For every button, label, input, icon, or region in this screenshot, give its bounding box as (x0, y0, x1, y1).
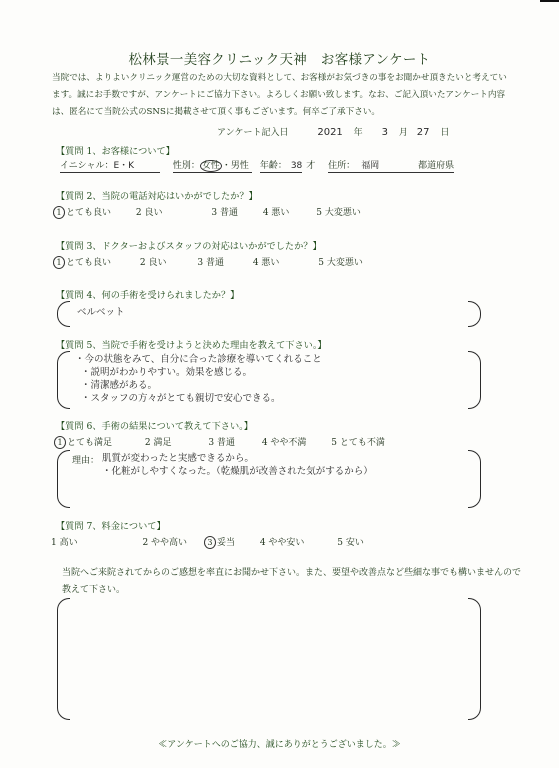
q4-answer: ベルベット (77, 306, 125, 319)
q6-option-4[interactable]: 4 やや不満 (262, 438, 307, 448)
q5-answer-1: ・今の状態をみて、自分に合った診療を導いてくれること (75, 353, 322, 366)
date-row: アンケート記入日 2021 年 3 月 27 日 (217, 125, 449, 138)
bracket-right (468, 598, 481, 720)
q6-option-1-circled[interactable]: 1 (54, 436, 66, 449)
q2-option-5[interactable]: 5 大変悪い (316, 208, 361, 218)
date-month-unit: 月 (399, 128, 408, 138)
q4-answer-box[interactable]: ベルベット (57, 301, 481, 327)
q1-fields: イニシャル：E・K 性別：女性・男性 年齢：38才 住所：福岡都道府県 (60, 158, 454, 173)
q3-heading: 【質問 3、ドクターおよびスタッフの対応はいかがでしたか？】 (56, 238, 322, 252)
q6-option-2[interactable]: 2 満足 (145, 438, 172, 448)
q5-answer-box[interactable]: ・今の状態をみて、自分に合った診療を導いてくれること ・説明がわかりやすい。効果… (57, 351, 481, 409)
q2-heading: 【質問 2、当院の電話対応はいかがでしたか？】 (56, 188, 258, 202)
bracket-left (57, 351, 70, 409)
scan-edge-mark (540, 0, 559, 2)
date-year[interactable]: 2021 (317, 127, 342, 138)
q7-option-3-label: 妥当 (217, 538, 235, 548)
q7-options: 1 高い 2 やや高い 3妥当 4 やや安い 5 安い (51, 535, 364, 549)
bracket-right (468, 351, 481, 409)
initial-label: イニシャル： (60, 161, 113, 171)
q6-option-3[interactable]: 3 普通 (208, 438, 235, 448)
q3-option-1-circled[interactable]: 1 (53, 256, 65, 269)
age-field[interactable]: 年齢：38才 (260, 161, 318, 171)
q2-option-1-label: とても良い (66, 208, 111, 218)
q7-heading: 【質問 7、料金について】 (56, 518, 166, 532)
q3-option-2[interactable]: 2 良い (140, 258, 167, 268)
q4-heading: 【質問 4、何の手術を受けられましたか？】 (56, 287, 239, 301)
date-month[interactable]: 3 (382, 127, 388, 138)
date-year-unit: 年 (354, 128, 363, 138)
q2-option-4[interactable]: 4 悪い (263, 208, 290, 218)
q2-option-2[interactable]: 2 良い (136, 208, 163, 218)
age-unit: 才 (306, 161, 315, 171)
initial-value: E・K (113, 161, 134, 171)
address-field[interactable]: 住所：福岡都道府県 (328, 158, 454, 173)
q2-options: 1とても良い 2 良い 3 普通 4 悪い 5 大変悪い (53, 205, 361, 219)
q5-heading: 【質問 5、当院で手術を受けようと決めた理由を教えて下さい。】 (56, 337, 327, 351)
feedback-prompt: 当院へご来院されてからのご感想を率直にお聞かせ下さい。また、要望や改善点など些細… (62, 565, 522, 599)
bracket-right (468, 301, 481, 327)
date-day-unit: 日 (440, 128, 449, 138)
gender-field[interactable]: 性別：女性・男性 (173, 161, 252, 173)
address-unit: 都道府県 (418, 158, 454, 171)
q5-answer-4: ・スタッフの方々がとても親切で安心できる。 (81, 392, 281, 405)
survey-title: 松林景一美容クリニック天神 お客様アンケート (0, 48, 559, 68)
gender-female-option[interactable]: 女性 (200, 160, 222, 172)
bracket-left (57, 450, 70, 508)
survey-intro: 当院では、よりよいクリニック運営のための大切な資料として、お客様がお気づきの事を… (52, 70, 512, 121)
q6-heading: 【質問 6、手術の結果について教えて下さい。】 (56, 418, 253, 432)
q6-reason-1: 肌質が変わったと実感できるから。 (102, 452, 254, 465)
q5-answer-2: ・説明がわかりやすい。効果を感じる。 (81, 366, 252, 379)
q2-option-1-circled[interactable]: 1 (53, 206, 65, 219)
q1-heading: 【質問 1、お客様について】 (56, 143, 175, 157)
q6-option-1-label: とても満足 (67, 438, 112, 448)
q5-answer-3: ・清潔感がある。 (81, 379, 157, 392)
q3-option-5[interactable]: 5 大変悪い (318, 258, 363, 268)
address-label: 住所： (328, 161, 355, 171)
feedback-answer-box[interactable] (57, 598, 481, 720)
closing-message: ≪アンケートへのご協力、誠にありがとうございました。≫ (0, 737, 559, 750)
q6-reason-box[interactable]: 理由： 肌質が変わったと実感できるから。 ・化粧がしやすくなった。（乾燥肌が改善… (57, 450, 481, 508)
q2-option-3[interactable]: 3 普通 (211, 208, 238, 218)
q7-option-1[interactable]: 1 高い (51, 538, 78, 548)
q3-option-1-label: とても良い (66, 258, 111, 268)
date-label: アンケート記入日 (217, 128, 288, 138)
age-value: 38 (291, 161, 302, 171)
gender-label: 性別： (173, 161, 200, 171)
q7-option-4[interactable]: 4 やや安い (260, 538, 305, 548)
q3-option-4[interactable]: 4 悪い (253, 258, 280, 268)
q7-option-2[interactable]: 2 やや高い (142, 538, 187, 548)
q6-options: 1とても満足 2 満足 3 普通 4 やや不満 5 とても不満 (54, 435, 385, 449)
address-value: 福岡 (361, 161, 379, 171)
q7-option-5[interactable]: 5 安い (337, 538, 364, 548)
q7-option-3-circled[interactable]: 3 (204, 536, 216, 549)
q3-options: 1とても良い 2 良い 3 普通 4 悪い 5 大変悪い (53, 255, 363, 269)
q3-option-3[interactable]: 3 普通 (197, 258, 224, 268)
q6-reason-2: ・化粧がしやすくなった。（乾燥肌が改善された気がするから） (102, 465, 373, 478)
gender-male-option[interactable]: 男性 (231, 161, 249, 171)
bracket-left (57, 598, 70, 720)
bracket-right (468, 450, 481, 508)
gender-separator: ・ (222, 161, 231, 171)
date-day[interactable]: 27 (417, 127, 430, 138)
q6-reason-label: 理由： (72, 453, 99, 466)
initial-field[interactable]: イニシャル：E・K (60, 158, 160, 173)
q6-option-5[interactable]: 5 とても不満 (331, 438, 385, 448)
bracket-left (57, 301, 70, 327)
age-label: 年齢： (260, 161, 287, 171)
